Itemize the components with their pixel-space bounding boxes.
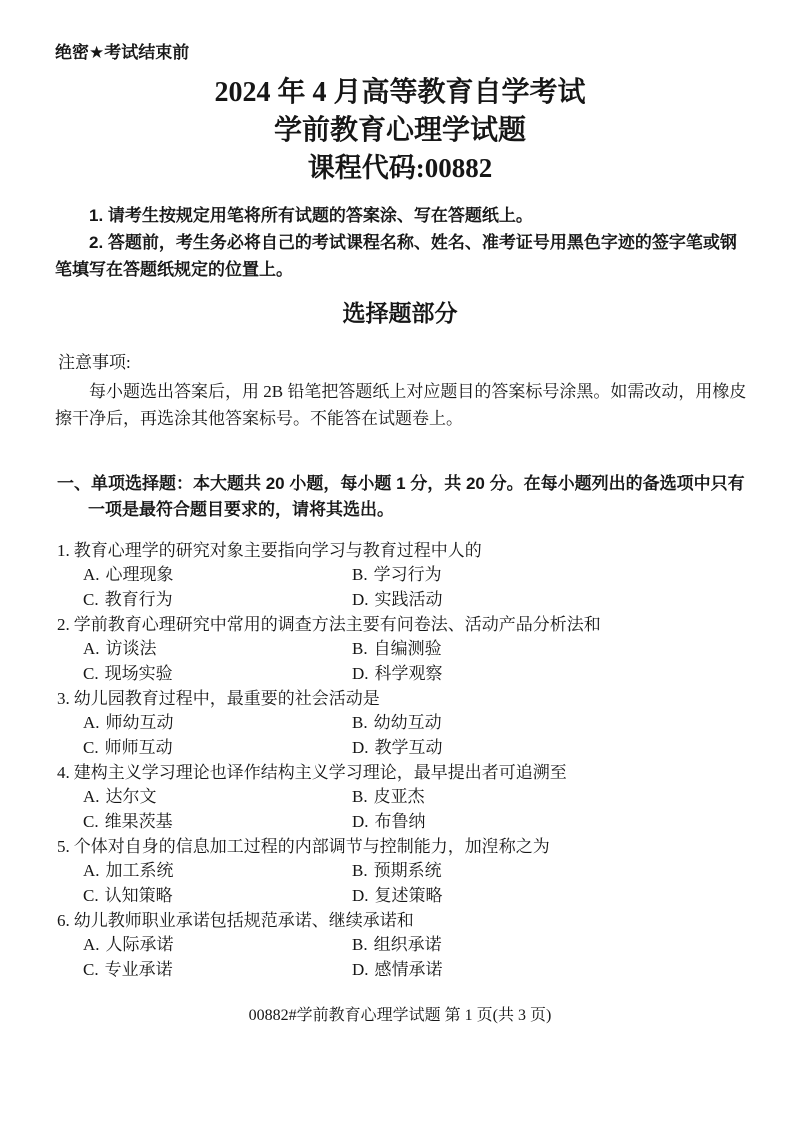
question-stem: 6.幼儿教师职业承诺包括规范承诺、继续承诺和 (57, 908, 760, 933)
option-a: A.访谈法 (83, 637, 352, 662)
question-text: 幼儿园教育过程中，最重要的社会活动是 (74, 689, 380, 708)
question-text: 幼儿教师职业承诺包括规范承诺、继续承诺和 (74, 911, 414, 930)
option-row: C.教育行为 D.实践活动 (83, 588, 760, 613)
option-row: A.达尔文 B.皮亚杰 (83, 785, 760, 810)
option-label: A. (83, 639, 100, 658)
exam-paper-page: 绝密★考试结束前 2024 年 4 月高等教育自学考试 学前教育心理学试题 课程… (0, 0, 800, 1131)
option-label: D. (352, 812, 369, 831)
option-c: C.教育行为 (83, 588, 352, 613)
option-text: 复述策略 (375, 886, 443, 905)
question-text: 个体对自身的信息加工过程的内部调节与控制能力，加湼称之为 (74, 837, 550, 856)
question-stem: 3.幼儿园教育过程中，最重要的社会活动是 (57, 686, 760, 711)
option-label: A. (83, 565, 100, 584)
option-text: 师师互动 (105, 738, 173, 757)
option-c: C.现场实验 (83, 662, 352, 687)
option-row: C.师师互动 D.教学互动 (83, 736, 760, 761)
option-text: 幼幼互动 (374, 713, 442, 732)
option-text: 布鲁纳 (375, 812, 426, 831)
option-d: D.复述策略 (352, 884, 443, 909)
page-footer: 00882#学前教育心理学试题 第 1 页(共 3 页) (0, 1005, 800, 1027)
option-text: 心理现象 (106, 565, 174, 584)
option-text: 皮亚杰 (374, 787, 425, 806)
option-label: C. (83, 812, 99, 831)
option-text: 人际承诺 (106, 935, 174, 954)
notes-body: 每小题选出答案后，用 2B 铅笔把答题纸上对应题目的答案标号涂黑。如需改动，用橡… (55, 378, 752, 432)
option-d: D.实践活动 (352, 588, 443, 613)
option-row: C.现场实验 D.科学观察 (83, 662, 760, 687)
option-a: A.师幼互动 (83, 711, 352, 736)
question-1: 1.教育心理学的研究对象主要指向学习与教育过程中人的 A.心理现象 B.学习行为… (0, 538, 760, 612)
option-label: C. (83, 960, 99, 979)
option-label: A. (83, 861, 100, 880)
option-row: C.专业承诺 D.感情承诺 (83, 958, 760, 983)
option-row: A.加工系统 B.预期系统 (83, 859, 760, 884)
option-row: A.人际承诺 B.组织承诺 (83, 933, 760, 958)
question-2: 2.学前教育心理研究中常用的调查方法主要有问卷法、活动产品分析法和 A.访谈法 … (0, 612, 760, 686)
instruction-1: 1. 请考生按规定用笔将所有试题的答案涂、写在答题纸上。 (55, 202, 752, 229)
option-b: B.幼幼互动 (352, 711, 442, 736)
question-6: 6.幼儿教师职业承诺包括规范承诺、继续承诺和 A.人际承诺 B.组织承诺 C.专… (0, 908, 760, 982)
option-label: C. (83, 590, 99, 609)
option-row: A.心理现象 B.学习行为 (83, 563, 760, 588)
secrecy-notice: 绝密★考试结束前 (55, 43, 800, 63)
course-code: 课程代码:00882 (0, 151, 800, 185)
notes-heading: 注意事项: (58, 350, 800, 375)
option-text: 现场实验 (105, 664, 173, 683)
option-label: D. (352, 960, 369, 979)
option-label: D. (352, 590, 369, 609)
option-d: D.教学互动 (352, 736, 443, 761)
question-number: 1. (57, 541, 70, 560)
question-stem: 1.教育心理学的研究对象主要指向学习与教育过程中人的 (57, 538, 760, 563)
option-label: B. (352, 861, 368, 880)
option-b: B.组织承诺 (352, 933, 442, 958)
question-stem: 5.个体对自身的信息加工过程的内部调节与控制能力，加湼称之为 (57, 834, 760, 859)
part-one-heading: 一、单项选择题：本大题共 20 小题，每小题 1 分，共 20 分。在每小题列出… (88, 471, 755, 523)
exam-title-line-2: 学前教育心理学试题 (0, 114, 800, 148)
question-number: 4. (57, 763, 70, 782)
option-a: A.心理现象 (83, 563, 352, 588)
option-label: B. (352, 639, 368, 658)
question-3: 3.幼儿园教育过程中，最重要的社会活动是 A.师幼互动 B.幼幼互动 C.师师互… (0, 686, 760, 760)
option-text: 实践活动 (375, 590, 443, 609)
option-text: 感情承诺 (375, 960, 443, 979)
instruction-2: 2. 答题前，考生务必将自己的考试课程名称、姓名、准考证号用黑色字迹的签字笔或钢… (55, 229, 752, 283)
option-c: C.师师互动 (83, 736, 352, 761)
option-text: 访谈法 (106, 639, 157, 658)
option-b: B.皮亚杰 (352, 785, 425, 810)
option-label: A. (83, 787, 100, 806)
question-4: 4.建构主义学习理论也译作结构主义学习理论，最早提出者可追溯至 A.达尔文 B.… (0, 760, 760, 834)
option-label: B. (352, 565, 368, 584)
option-text: 加工系统 (106, 861, 174, 880)
option-label: C. (83, 886, 99, 905)
option-row: C.维果茨基 D.布鲁纳 (83, 810, 760, 835)
general-instructions: 1. 请考生按规定用笔将所有试题的答案涂、写在答题纸上。 2. 答题前，考生务必… (55, 202, 752, 283)
option-text: 学习行为 (374, 565, 442, 584)
exam-title-line-1: 2024 年 4 月高等教育自学考试 (0, 76, 800, 110)
question-list: 1.教育心理学的研究对象主要指向学习与教育过程中人的 A.心理现象 B.学习行为… (0, 538, 760, 982)
option-text: 预期系统 (374, 861, 442, 880)
option-text: 师幼互动 (106, 713, 174, 732)
option-label: C. (83, 738, 99, 757)
option-c: C.专业承诺 (83, 958, 352, 983)
option-label: B. (352, 713, 368, 732)
option-text: 教学互动 (375, 738, 443, 757)
option-text: 维果茨基 (105, 812, 173, 831)
question-text: 学前教育心理研究中常用的调查方法主要有问卷法、活动产品分析法和 (74, 615, 601, 634)
option-label: C. (83, 664, 99, 683)
option-label: A. (83, 935, 100, 954)
option-a: A.加工系统 (83, 859, 352, 884)
option-d: D.布鲁纳 (352, 810, 426, 835)
option-label: B. (352, 787, 368, 806)
question-stem: 2.学前教育心理研究中常用的调查方法主要有问卷法、活动产品分析法和 (57, 612, 760, 637)
option-text: 科学观察 (375, 664, 443, 683)
option-label: D. (352, 738, 369, 757)
option-label: B. (352, 935, 368, 954)
option-text: 教育行为 (105, 590, 173, 609)
option-b: B.预期系统 (352, 859, 442, 884)
option-a: A.人际承诺 (83, 933, 352, 958)
question-stem: 4.建构主义学习理论也译作结构主义学习理论，最早提出者可追溯至 (57, 760, 760, 785)
option-d: D.科学观察 (352, 662, 443, 687)
option-row: A.师幼互动 B.幼幼互动 (83, 711, 760, 736)
question-number: 5. (57, 837, 70, 856)
option-label: D. (352, 886, 369, 905)
question-text: 教育心理学的研究对象主要指向学习与教育过程中人的 (74, 541, 482, 560)
question-5: 5.个体对自身的信息加工过程的内部调节与控制能力，加湼称之为 A.加工系统 B.… (0, 834, 760, 908)
option-c: C.认知策略 (83, 884, 352, 909)
option-b: B.自编测验 (352, 637, 442, 662)
option-text: 认知策略 (105, 886, 173, 905)
question-number: 6. (57, 911, 70, 930)
option-row: A.访谈法 B.自编测验 (83, 637, 760, 662)
option-label: A. (83, 713, 100, 732)
option-c: C.维果茨基 (83, 810, 352, 835)
option-b: B.学习行为 (352, 563, 442, 588)
question-number: 2. (57, 615, 70, 634)
option-text: 自编测验 (374, 639, 442, 658)
option-label: D. (352, 664, 369, 683)
option-text: 专业承诺 (105, 960, 173, 979)
option-a: A.达尔文 (83, 785, 352, 810)
option-text: 达尔文 (106, 787, 157, 806)
option-row: C.认知策略 D.复述策略 (83, 884, 760, 909)
question-number: 3. (57, 689, 70, 708)
question-text: 建构主义学习理论也译作结构主义学习理论，最早提出者可追溯至 (74, 763, 567, 782)
option-d: D.感情承诺 (352, 958, 443, 983)
option-text: 组织承诺 (374, 935, 442, 954)
section-title: 选择题部分 (0, 298, 800, 329)
